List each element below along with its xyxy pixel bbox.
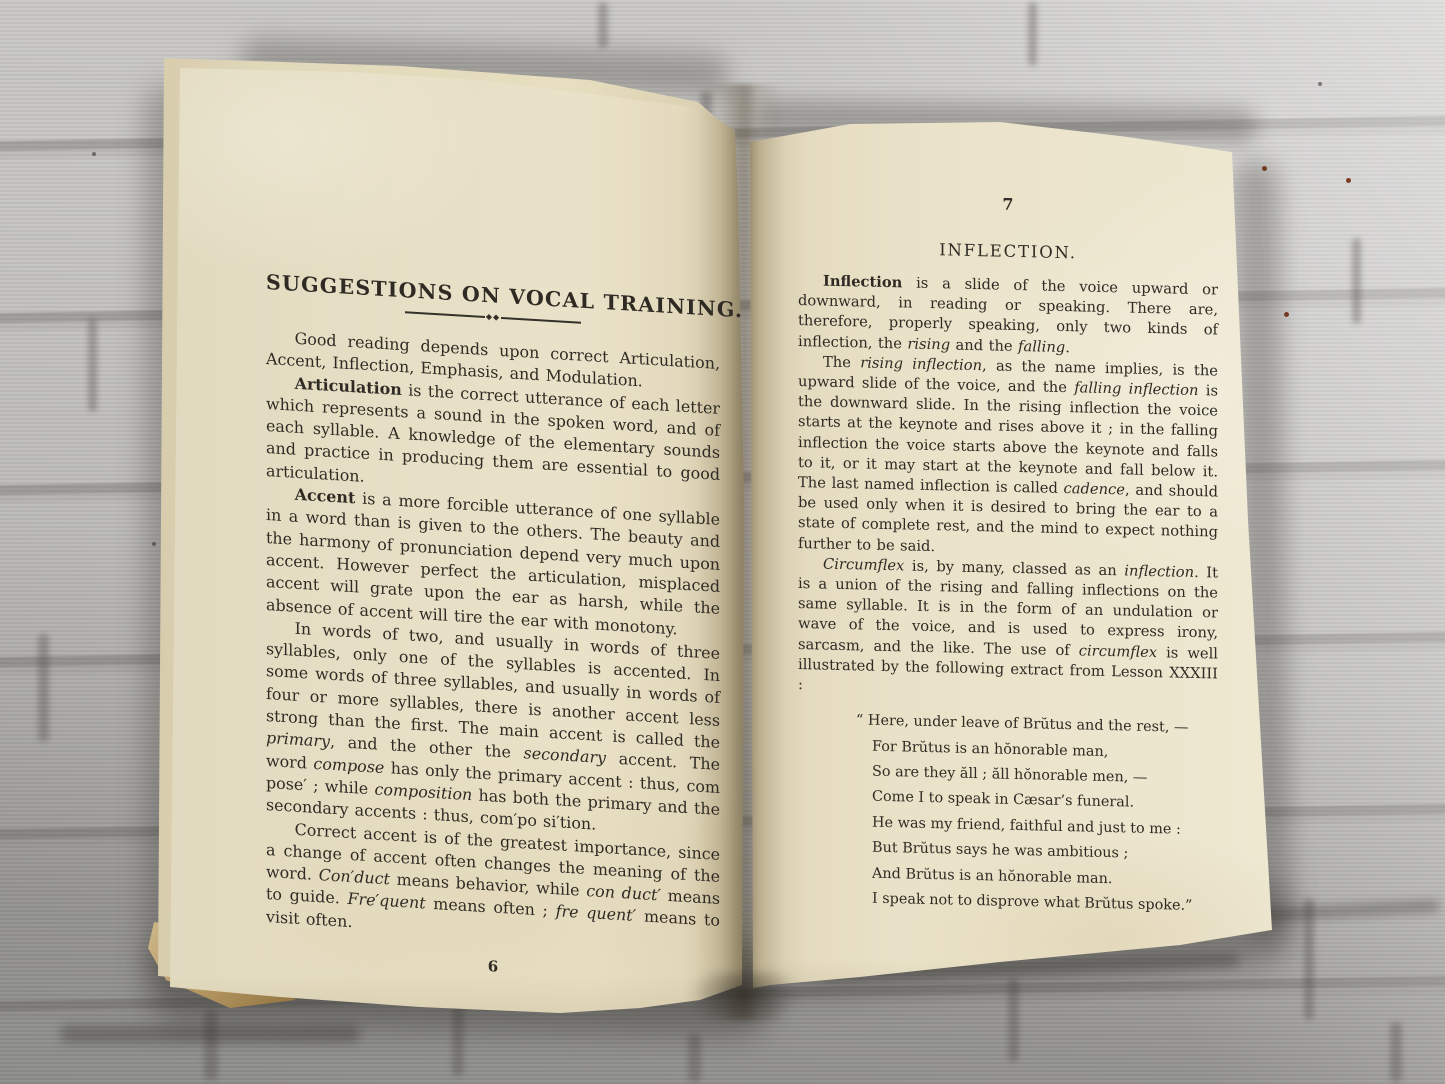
book-photo: SUGGESTIONS ON VOCAL TRAINING. ◆◆ Good r… — [0, 0, 1445, 1084]
paragraph: Circumflex is, by many, classed as an in… — [798, 554, 1218, 705]
wall-speck — [92, 152, 96, 156]
mortar-joint — [688, 1034, 701, 1082]
poem-extract: “ Here, under leave of Brŭtus and the re… — [872, 709, 1218, 920]
paragraph: The rising inflection, as the name impli… — [798, 352, 1218, 564]
mortar-joint — [88, 318, 97, 412]
mortar-joint — [1028, 2, 1037, 66]
mortar-joint — [1008, 978, 1019, 1062]
ornament-diamonds-icon: ◆◆ — [486, 313, 500, 322]
mortar-joint — [38, 634, 49, 742]
ornament-rule — [405, 311, 485, 317]
right-page-text: 7 INFLECTION. Inflection is a slide of t… — [798, 190, 1218, 920]
left-page-text: SUGGESTIONS ON VOCAL TRAINING. ◆◆ Good r… — [266, 270, 720, 989]
ornament-rule — [501, 317, 581, 323]
mortar-joint — [1390, 1022, 1402, 1082]
rust-speck — [1284, 312, 1289, 317]
mortar-joint — [1352, 238, 1361, 324]
mortar-line — [60, 1025, 360, 1043]
paragraph: Inflection is a slide of the voice upwar… — [798, 271, 1218, 361]
paragraph: Accent is a more forcible utterance of o… — [266, 482, 720, 643]
mortar-joint — [598, 2, 608, 48]
right-page-heading: INFLECTION. — [798, 237, 1218, 266]
wall-speck — [1318, 82, 1322, 86]
rust-speck — [1346, 178, 1351, 183]
paragraph: In words of two, and usually in words of… — [266, 616, 720, 844]
